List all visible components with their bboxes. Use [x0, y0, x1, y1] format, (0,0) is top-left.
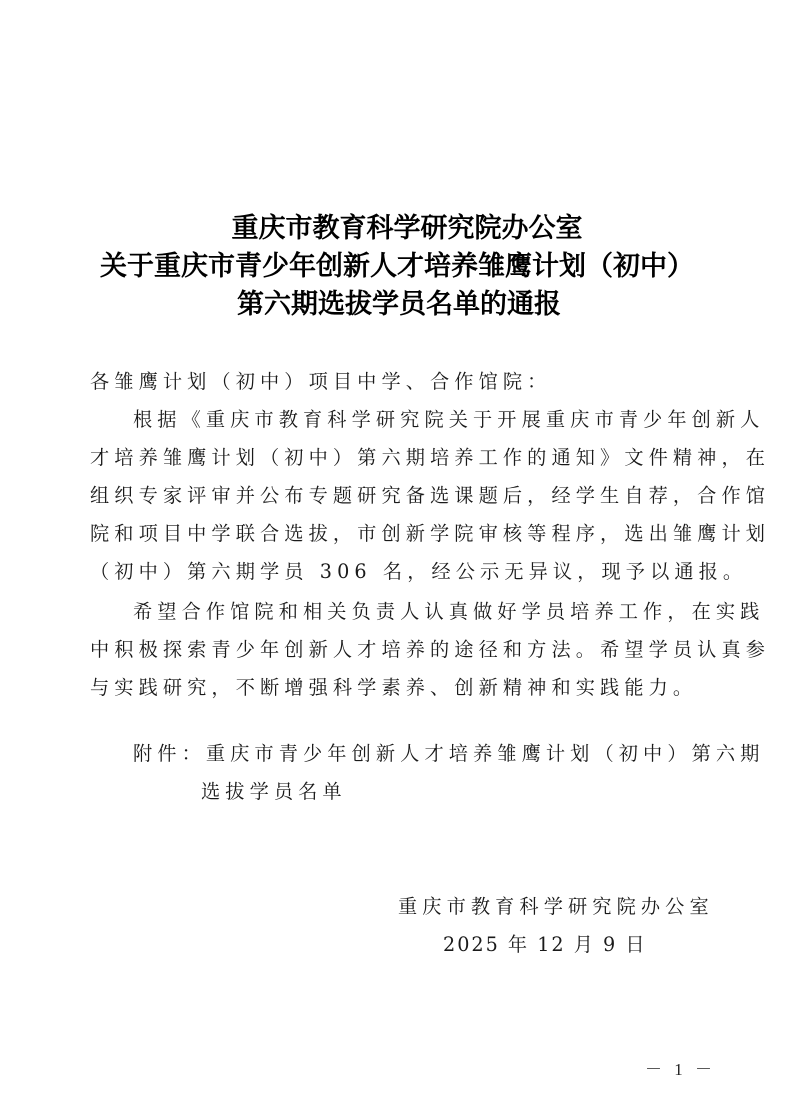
body-line: 与实践研究，不断增强科学素养、创新精神和实践能力。 [90, 673, 697, 703]
title-line-2: 关于重庆市青少年创新人才培养雏鹰计划（初中） [0, 248, 794, 286]
attachment-line-1: 附件：重庆市青少年创新人才培养雏鹰计划（初中）第六期 [133, 739, 764, 769]
title-line-1: 重庆市教育科学研究院办公室 [0, 210, 794, 248]
attachment-line-2: 选拔学员名单 [201, 777, 347, 807]
body-line: 中积极探索青少年创新人才培养的途径和方法。希望学员认真参 [90, 635, 770, 665]
page-number: － 1 － [645, 1055, 716, 1080]
body-line: （初中）第六期学员 306 名，经公示无异议，现予以通报。 [90, 557, 747, 587]
salutation: 各雏鹰计划（初中）项目中学、合作馆院： [90, 367, 551, 397]
title-line-3: 第六期选拔学员名单的通报 [0, 286, 794, 324]
issue-date: 2025 年 12 月 9 日 [443, 930, 647, 960]
issuer-signature: 重庆市教育科学研究院办公室 [398, 892, 714, 922]
body-line: 组织专家评审并公布专题研究备选课题后，经学生自荐，合作馆 [90, 481, 770, 511]
body-line: 希望合作馆院和相关负责人认真做好学员培养工作，在实践 [133, 597, 764, 627]
body-line: 根据《重庆市教育科学研究院关于开展重庆市青少年创新人 [133, 405, 764, 435]
body-line: 院和项目中学联合选拔，市创新学院审核等程序，选出雏鹰计划 [90, 519, 770, 549]
body-line: 才培养雏鹰计划（初中）第六期培养工作的通知》文件精神，在 [90, 443, 770, 473]
